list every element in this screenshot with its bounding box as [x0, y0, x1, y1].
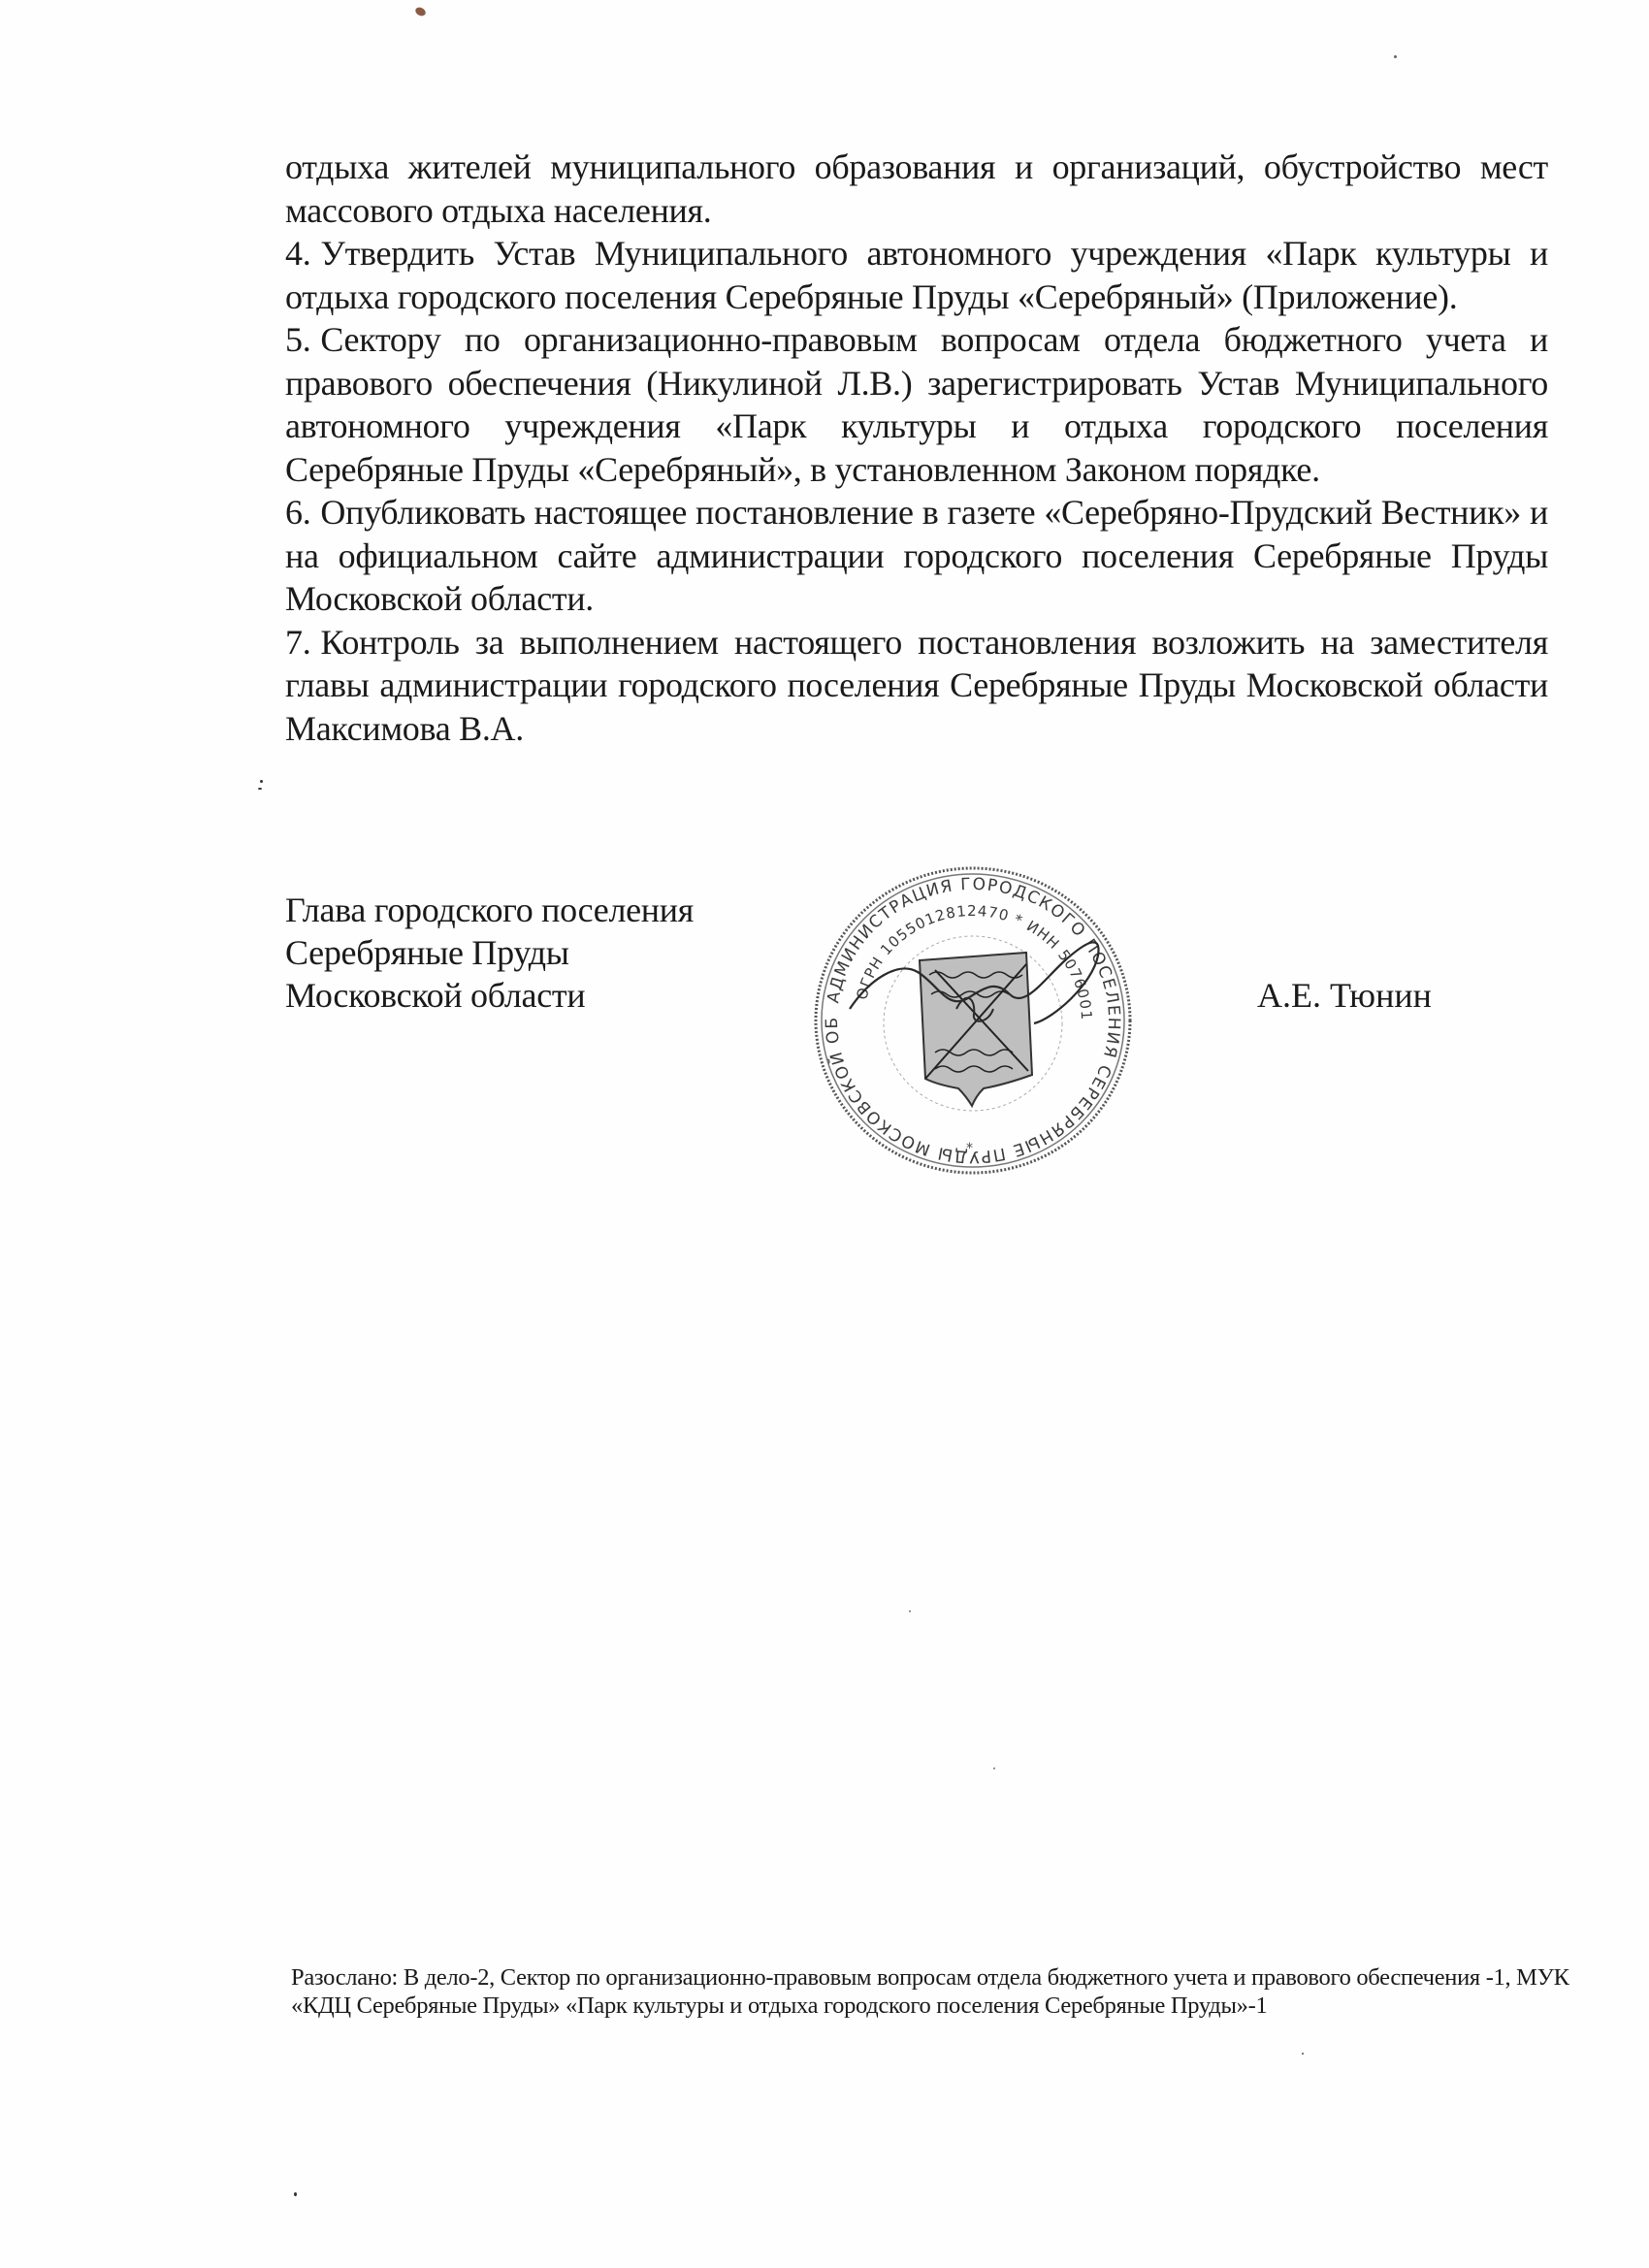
scan-speck — [1302, 2053, 1304, 2055]
signatory-title-line: Глава городского поселения — [285, 889, 694, 931]
scan-speck — [294, 2192, 297, 2196]
item-text: Контроль за выполнением настоящего поста… — [285, 623, 1548, 748]
item-number: 6. — [285, 493, 310, 532]
document-body: отдыха жителей муниципального образовани… — [285, 146, 1548, 750]
item-text: Утвердить Устав Муниципального автономно… — [285, 234, 1548, 316]
scan-speck — [414, 6, 427, 17]
item-number: 7. — [285, 623, 310, 662]
official-seal-icon: АДМИНИСТРАЦИЯ ГОРОДСКОГО ПОСЕЛЕНИЯ СЕРЕБ… — [811, 863, 1135, 1178]
scan-speck — [260, 780, 263, 783]
scan-speck — [993, 1767, 995, 1769]
scan-speck — [1394, 55, 1397, 58]
document-page: отдыха жителей муниципального образовани… — [0, 0, 1649, 2268]
item-7: 7.Контроль за выполнением настоящего пос… — [285, 621, 1548, 751]
item-number: 5. — [285, 320, 310, 359]
item-6: 6.Опубликовать настоящее постановление в… — [285, 491, 1548, 621]
signatory-title-line: Московской области — [285, 974, 694, 1017]
signatory-title-line: Серебряные Пруды — [285, 931, 694, 974]
item-number: 4. — [285, 234, 310, 273]
continuation-paragraph: отдыха жителей муниципального образовани… — [285, 146, 1548, 232]
item-5: 5.Сектору по организационно-правовым воп… — [285, 318, 1548, 491]
scan-speck — [258, 788, 262, 790]
signatory-name: А.Е. Тюнин — [1257, 974, 1432, 1017]
signatory-title: Глава городского поселения Серебряные Пр… — [285, 889, 694, 1017]
item-text: Опубликовать настоящее постановление в г… — [285, 493, 1548, 618]
distribution-list: Разослано: В дело-2, Сектор по организац… — [291, 1963, 1571, 2020]
item-4: 4.Утвердить Устав Муниципального автоном… — [285, 232, 1548, 318]
scan-speck — [909, 1610, 911, 1612]
item-text: Сектору по организационно-правовым вопро… — [285, 320, 1548, 489]
svg-text:*: * — [966, 1141, 973, 1156]
